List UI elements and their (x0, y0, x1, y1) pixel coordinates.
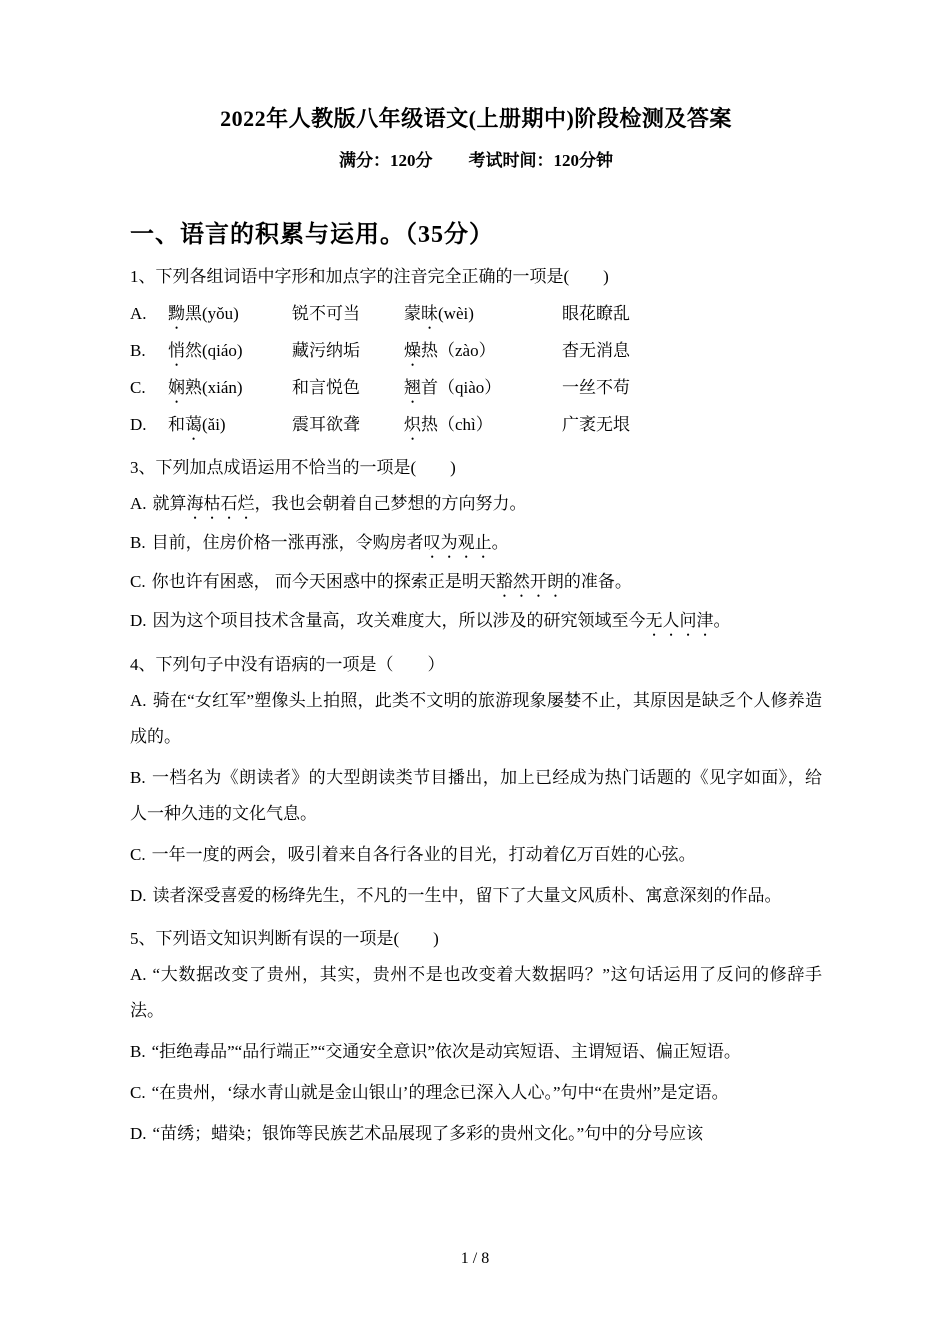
word-group: 娴熟(xián) (168, 369, 292, 407)
word-group: 和蔼(ǎi) (168, 406, 292, 444)
question-1-option-d: D. 和蔼(ǎi) 震耳欲聋 炽热（chì） 广袤无垠 (130, 406, 822, 443)
question-5-option-b: B.“拒绝毒品”“品行端正”“交通安全意识”依次是动宾短语、主谓短语、偏正短语。 (130, 1034, 822, 1070)
question-4-option-a: A.骑在“女红军”塑像头上拍照，此类不文明的旅游现象屡婪不止，其原因是缺乏个人修… (130, 683, 822, 755)
word-group: 眼花瞭乱 (562, 295, 822, 333)
option-label: C. (130, 845, 146, 864)
word-group: 和言悦色 (292, 369, 404, 407)
option-label: A. (130, 965, 147, 984)
word-group: 杳无消息 (562, 332, 822, 370)
question-4-stem: 4、下列句子中没有语病的一项是（ ） (130, 647, 822, 683)
option-label: A. (130, 494, 147, 513)
emphasized-idiom: 叹为观止 (424, 533, 492, 552)
emphasized-idiom: 豁然开朗 (496, 572, 564, 591)
option-label: B. (130, 533, 146, 552)
word-group: 燥热（zào） (404, 332, 562, 370)
word-group: 广袤无垠 (562, 406, 822, 444)
question-4-option-d: D.读者深受喜爱的杨绛先生，不凡的一生中，留下了大量文风质朴、寓意深刻的作品。 (130, 878, 822, 914)
question-3-option-c: C.你也许有困惑， 而今天困惑中的探索正是明天豁然开朗的准备。 (130, 564, 822, 601)
section-heading: 一、语言的积累与运用。（35分） (130, 218, 822, 252)
full-score: 满分：120分 (339, 148, 433, 174)
word-group: 炽热（chì） (404, 406, 562, 444)
page-title: 2022年人教版八年级语文(上册期中)阶段检测及答案 (130, 103, 822, 135)
question-5-option-d: D.“苗绣；蜡染；银饰等民族艺术品展现了多彩的贵州文化。”句中的分号应该 (130, 1116, 822, 1152)
question-3-option-b: B.目前，住房价格一涨再涨，令购房者叹为观止。 (130, 525, 822, 562)
question-5-option-a: A.“大数据改变了贵州，其实，贵州不是也改变着大数据吗？”这句话运用了反问的修辞… (130, 957, 822, 1029)
exam-page: 2022年人教版八年级语文(上册期中)阶段检测及答案 满分：120分 考试时间：… (0, 0, 950, 1344)
option-label: B. (130, 768, 146, 787)
question-1-option-c: C. 娴熟(xián) 和言悦色 翘首（qiào） 一丝不苟 (130, 369, 822, 406)
word-group: 翘首（qiào） (404, 369, 562, 407)
question-3-stem: 3、下列加点成语运用不恰当的一项是( ) (130, 450, 822, 486)
question-3-option-a: A.就算海枯石烂，我也会朝着自己梦想的方向努力。 (130, 486, 822, 523)
question-4-option-b: B.一档名为《朗读者》的大型朗读类节目播出，加上已经成为热门话题的《见字如面》，… (130, 760, 822, 832)
emphasized-idiom: 无人问津 (646, 611, 714, 630)
question-4-option-c: C.一年一度的两会，吸引着来自各行各业的目光，打动着亿万百姓的心弦。 (130, 837, 822, 873)
option-label: D. (130, 886, 147, 905)
question-3-option-d: D.因为这个项目技术含量高，攻关难度大，所以涉及的研究领域至今无人问津。 (130, 603, 822, 640)
question-5-option-c: C.“在贵州，‘绿水青山就是金山银山’的理念已深入人心。”句中“在贵州”是定语。 (130, 1075, 822, 1111)
question-1-option-a: A. 黝黑(yǒu) 锐不可当 蒙昧(wèi) 眼花瞭乱 (130, 295, 822, 332)
word-group: 一丝不苟 (562, 369, 822, 407)
option-label: C. (130, 369, 168, 407)
word-group: 震耳欲聋 (292, 406, 404, 444)
question-1-option-b: B. 悄然(qiáo) 藏污纳垢 燥热（zào） 杳无消息 (130, 332, 822, 369)
option-label: C. (130, 1083, 146, 1102)
option-label: B. (130, 332, 168, 370)
word-group: 黝黑(yǒu) (168, 295, 292, 333)
word-group: 藏污纳垢 (292, 332, 404, 370)
emphasized-idiom: 海枯石烂 (187, 494, 255, 513)
question-5-stem: 5、下列语文知识判断有误的一项是( ) (130, 921, 822, 957)
exam-duration: 考试时间：120分钟 (469, 148, 614, 174)
word-group: 悄然(qiáo) (168, 332, 292, 370)
question-1-stem: 1、下列各组词语中字形和加点字的注音完全正确的一项是( ) (130, 259, 822, 295)
option-label: D. (130, 611, 147, 630)
option-label: D. (130, 1124, 147, 1143)
word-group: 蒙昧(wèi) (404, 295, 562, 333)
option-label: C. (130, 572, 146, 591)
option-label: D. (130, 406, 168, 444)
option-label: A. (130, 295, 168, 333)
option-label: B. (130, 1042, 146, 1061)
exam-meta: 满分：120分 考试时间：120分钟 (130, 148, 822, 174)
page-number: 1 / 8 (0, 1250, 950, 1268)
option-label: A. (130, 691, 147, 710)
word-group: 锐不可当 (292, 295, 404, 333)
